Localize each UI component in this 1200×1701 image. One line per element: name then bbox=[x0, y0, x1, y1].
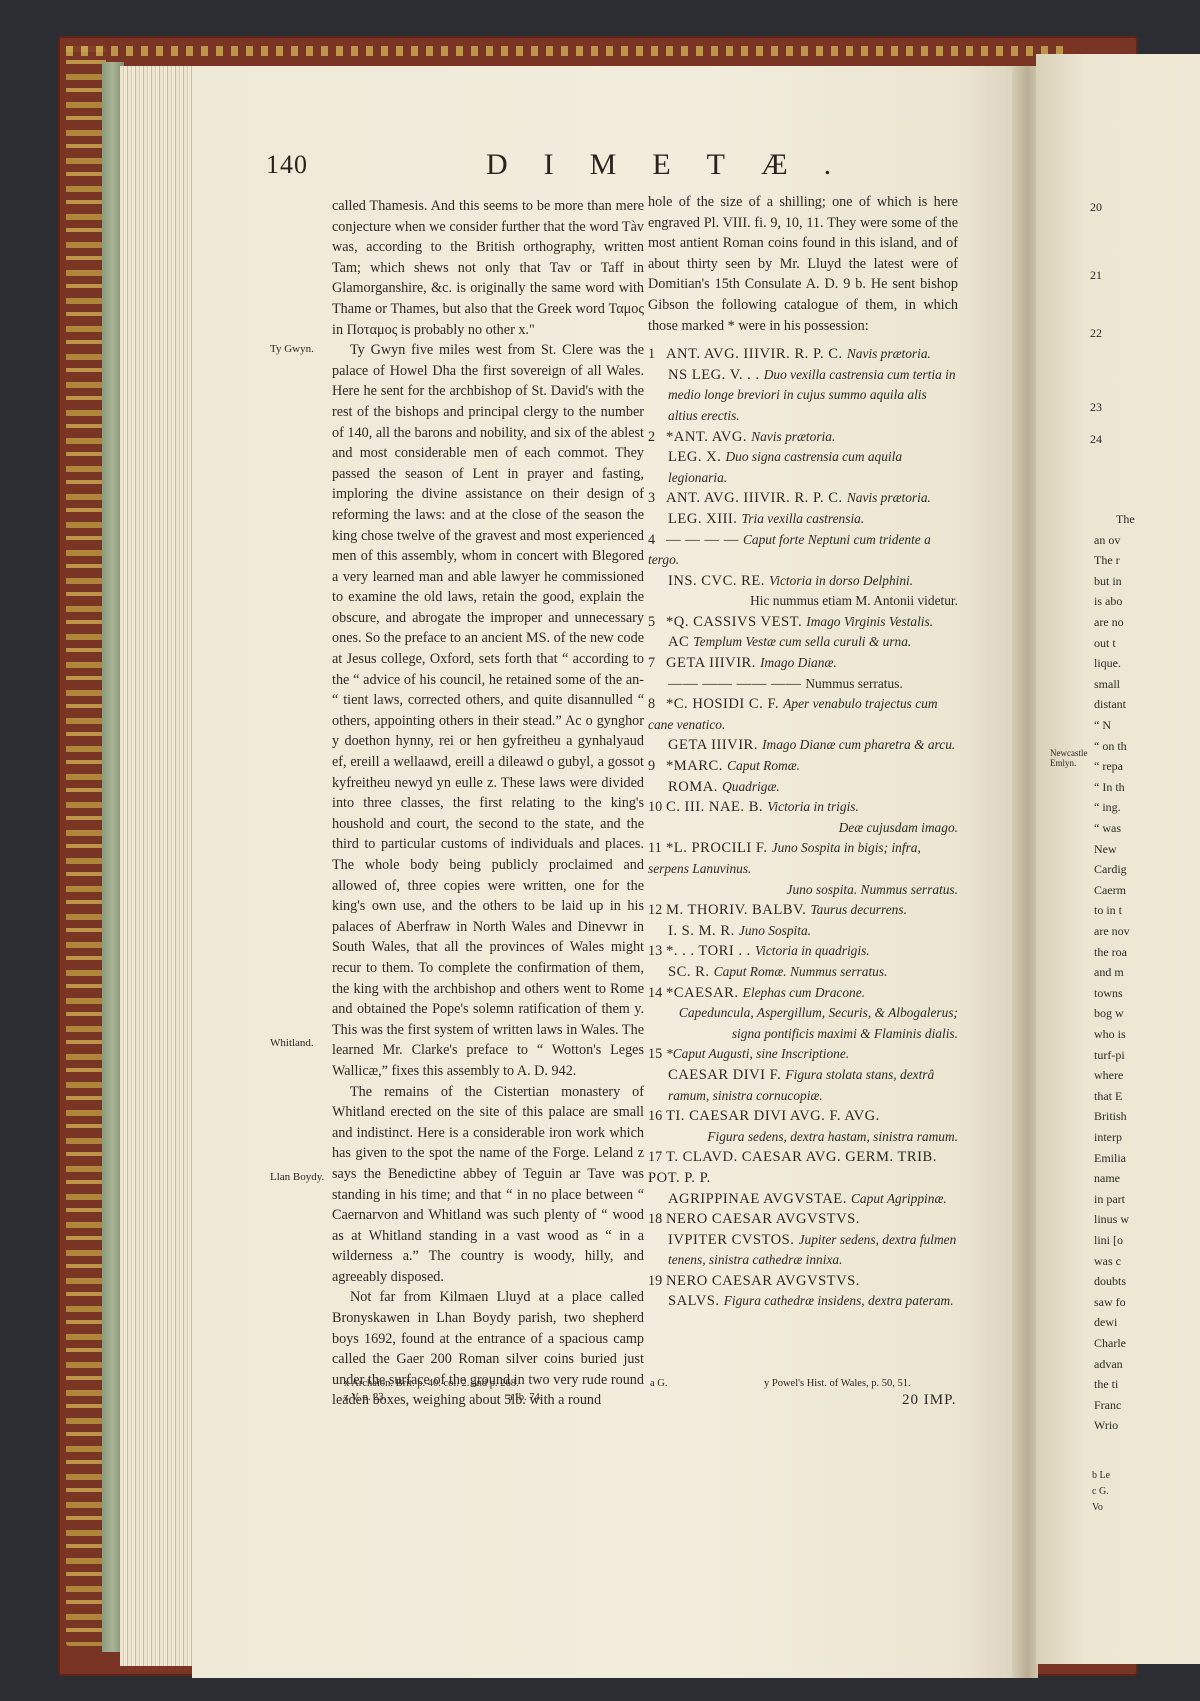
facing-text-line: the roa bbox=[1094, 945, 1127, 960]
facing-text-line: turf-pi bbox=[1094, 1048, 1125, 1063]
catalogue-entry: 11*L. PROCILI F. Juno Sospita in bigis; … bbox=[648, 838, 958, 879]
coin-description: Figura cathedræ insidens, dextra pateram… bbox=[724, 1293, 954, 1308]
catalogue-entry: 8*C. HOSIDI C. F. Aper venabulo trajectu… bbox=[648, 694, 958, 735]
entry-number: 9 bbox=[648, 756, 666, 777]
gutter bbox=[1012, 66, 1038, 1678]
catalogue-entry: Figura sedens, dextra hastam, sinistra r… bbox=[648, 1127, 958, 1148]
entry-number: 19 bbox=[648, 1271, 666, 1292]
facing-text-line: but in bbox=[1094, 574, 1122, 589]
coin-legend: AC bbox=[668, 634, 693, 650]
facing-text-line: are no bbox=[1094, 615, 1124, 630]
catalogue-intro: hole of the size of a shilling; one of w… bbox=[648, 192, 958, 336]
facing-text-line: “ was bbox=[1094, 821, 1121, 836]
coin-legend: INS. CVC. RE. bbox=[668, 573, 769, 589]
facing-text-line: to in t bbox=[1094, 903, 1122, 918]
catalogue-entry: LEG. X. Duo signa castrensia cum aquila … bbox=[648, 447, 958, 488]
entry-number: 2 bbox=[648, 427, 666, 448]
coin-description: Imago Virginis Vestalis. bbox=[806, 614, 933, 629]
footnote-z: z V. p. 23. bbox=[344, 1392, 386, 1403]
coin-legend: T. CLAVD. CAESAR AVG. GERM. TRIB. POT. P… bbox=[648, 1149, 937, 1186]
facing-text-line: “ repa bbox=[1094, 759, 1123, 774]
facing-text-line: lini [o bbox=[1094, 1233, 1123, 1248]
coin-legend: CAESAR DIVI F. bbox=[668, 1067, 785, 1083]
footnote-y: y Powel's Hist. of Wales, p. 50, 51. bbox=[764, 1378, 911, 1389]
coin-legend: SALVS. bbox=[668, 1293, 724, 1309]
facing-text-line: where bbox=[1094, 1068, 1123, 1083]
coin-description: Quadrigæ. bbox=[722, 779, 780, 794]
facing-footnote: b Le bbox=[1092, 1470, 1110, 1481]
coin-description: Tria vexilla castrensia. bbox=[742, 511, 865, 526]
coin-catalogue: 1ANT. AVG. IIIVIR. R. P. C. Navis prætor… bbox=[648, 344, 958, 1312]
coin-legend: AGRIPPINAE AVGVSTAE. bbox=[668, 1191, 851, 1207]
coin-description: Elephas cum Dracone. bbox=[743, 985, 865, 1000]
coin-legend: GETA IIIVIR. bbox=[668, 737, 762, 753]
coin-description: Caput Agrippinæ. bbox=[851, 1191, 947, 1206]
coin-description: Hic nummus etiam M. Antonii videtur. bbox=[750, 593, 958, 608]
entry-number: 13 bbox=[648, 941, 666, 962]
catalogue-entry: 17T. CLAVD. CAESAR AVG. GERM. TRIB. POT.… bbox=[648, 1147, 958, 1188]
entry-number: 10 bbox=[648, 797, 666, 818]
facing-text-line: The bbox=[1116, 512, 1135, 527]
catalogue-entry: Hic nummus etiam M. Antonii videtur. bbox=[648, 591, 958, 612]
paragraph-whitland: The remains of the Cistertian monastery … bbox=[332, 1082, 644, 1288]
page-number: 140 bbox=[266, 150, 308, 180]
coin-legend: IVPITER CVSTOS. bbox=[668, 1232, 799, 1248]
entry-number: 8 bbox=[648, 694, 666, 715]
facing-text-line: in part bbox=[1094, 1192, 1125, 1207]
entry-number: 1 bbox=[648, 344, 666, 365]
coin-description: Navis prætoria. bbox=[751, 429, 835, 444]
facing-text-line: lique. bbox=[1094, 656, 1121, 671]
coin-description: Victoria in dorso Delphini. bbox=[769, 573, 913, 588]
catalogue-entry: 5*Q. CASSIVS VEST. Imago Virginis Vestal… bbox=[648, 612, 958, 633]
catalogue-entry: 4— — — — Caput forte Neptuni cum trident… bbox=[648, 530, 958, 571]
coin-description: Navis prætoria. bbox=[847, 490, 931, 505]
facing-text-line: was c bbox=[1094, 1254, 1121, 1269]
facing-text-line: the ti bbox=[1094, 1377, 1118, 1392]
coin-legend: I. S. M. R. bbox=[668, 923, 739, 939]
facing-text-line: linus w bbox=[1094, 1212, 1129, 1227]
coin-legend: ANT. AVG. IIIVIR. R. P. C. bbox=[666, 490, 847, 506]
coin-legend: TI. CAESAR DIVI AVG. F. AVG. bbox=[666, 1108, 880, 1124]
facing-text-line: “ ing. bbox=[1094, 800, 1121, 815]
facing-text-line: interp bbox=[1094, 1130, 1122, 1145]
entry-number: 17 bbox=[648, 1147, 666, 1168]
coin-description: Capeduncula, Aspergillum, Securis, & Alb… bbox=[679, 1005, 958, 1041]
facing-text-line: an ov bbox=[1094, 533, 1120, 548]
facing-sidenote: Newcastle Emlyn. bbox=[1050, 748, 1086, 768]
facing-text-line: towns bbox=[1094, 986, 1123, 1001]
catalogue-entry: 1ANT. AVG. IIIVIR. R. P. C. Navis prætor… bbox=[648, 344, 958, 365]
entry-number: 15 bbox=[648, 1044, 666, 1065]
facing-text-line: Franc bbox=[1094, 1398, 1121, 1413]
catalogue-entry: 19NERO CAESAR AVGVSTVS. bbox=[648, 1271, 958, 1292]
coin-legend: ROMA. bbox=[668, 779, 722, 795]
facing-text-line: “ on th bbox=[1094, 739, 1127, 754]
facing-text-line: and m bbox=[1094, 965, 1124, 980]
coin-legend: *. . . TORI . . bbox=[666, 943, 755, 959]
coin-description: Templum Vestæ cum sella curuli & urna. bbox=[693, 634, 911, 649]
coin-legend: SC. R. bbox=[668, 964, 714, 980]
facing-text-line: is abo bbox=[1094, 594, 1122, 609]
coin-legend: ANT. AVG. IIIVIR. R. P. C. bbox=[666, 346, 847, 362]
catalogue-entry: IVPITER CVSTOS. Jupiter sedens, dextra f… bbox=[648, 1230, 958, 1271]
entry-number: 5 bbox=[648, 612, 666, 633]
coin-description: Caput Romæ. Nummus serratus. bbox=[714, 964, 888, 979]
catalogue-entry: —— —— —— —— Nummus serratus. bbox=[648, 674, 958, 695]
catalogue-entry: 14*CAESAR. Elephas cum Dracone. bbox=[648, 983, 958, 1004]
catalogue-entry: AGRIPPINAE AVGVSTAE. Caput Agrippinæ. bbox=[648, 1189, 958, 1210]
facing-entry-number: 21 bbox=[1090, 268, 1102, 283]
entry-number: 7 bbox=[648, 653, 666, 674]
coin-legend: *ANT. AVG. bbox=[666, 429, 751, 445]
catalogue-entry: SALVS. Figura cathedræ insidens, dextra … bbox=[648, 1291, 958, 1312]
sidenote-ty-gwyn: Ty Gwyn. bbox=[270, 343, 314, 355]
catalogue-entry: LEG. XIII. Tria vexilla castrensia. bbox=[648, 509, 958, 530]
footnote-x: x Archaion. Brit. p. 40. col. 2. and p. … bbox=[344, 1378, 519, 1389]
facing-text-line: saw fo bbox=[1094, 1295, 1126, 1310]
coin-legend: *CAESAR. bbox=[666, 985, 743, 1001]
entry-number: 4 bbox=[648, 530, 666, 551]
catalogue-entry: I. S. M. R. Juno Sospita. bbox=[648, 921, 958, 942]
coin-description: *Caput Augusti, sine Inscriptione. bbox=[666, 1046, 849, 1061]
facing-text-line: are nov bbox=[1094, 924, 1130, 939]
facing-text-line: British bbox=[1094, 1109, 1127, 1124]
facing-footnote: Vo bbox=[1092, 1502, 1103, 1513]
catalogue-entry: 13*. . . TORI . . Victoria in quadrigis. bbox=[648, 941, 958, 962]
footnote-g: a G. bbox=[650, 1378, 668, 1389]
catalogue-entry: 16TI. CAESAR DIVI AVG. F. AVG. bbox=[648, 1106, 958, 1127]
catalogue-entry: 10C. III. NAE. B. Victoria in trigis. bbox=[648, 797, 958, 818]
footnote-a: a Ib. 74. bbox=[508, 1392, 542, 1403]
coin-legend: LEG. X. bbox=[668, 449, 726, 465]
coin-description: Imago Dianæ. bbox=[760, 655, 837, 670]
entry-number: 18 bbox=[648, 1209, 666, 1230]
catalogue-entry: Deæ cujusdam imago. bbox=[648, 818, 958, 839]
gilt-tooling-border bbox=[66, 46, 106, 1646]
coin-description: Figura sedens, dextra hastam, sinistra r… bbox=[707, 1129, 958, 1144]
catalogue-entry: NS LEG. V. . . Duo vexilla castrensia cu… bbox=[648, 365, 958, 427]
facing-text-line: dewi bbox=[1094, 1315, 1117, 1330]
facing-text-line: Caerm bbox=[1094, 883, 1126, 898]
facing-text-line: New bbox=[1094, 842, 1117, 857]
entry-number: 16 bbox=[648, 1106, 666, 1127]
sidenote-whitland: Whitland. bbox=[270, 1037, 314, 1049]
catalogue-entry: 9*MARC. Caput Romæ. bbox=[648, 756, 958, 777]
coin-description: Deæ cujusdam imago. bbox=[839, 820, 958, 835]
facing-text-line: doubts bbox=[1094, 1274, 1126, 1289]
coin-legend: M. THORIV. BALBV. bbox=[666, 902, 810, 918]
facing-text-line: small bbox=[1094, 677, 1120, 692]
entry-number: 14 bbox=[648, 983, 666, 1004]
entry-number: 12 bbox=[648, 900, 666, 921]
right-column: hole of the size of a shilling; one of w… bbox=[648, 192, 958, 1312]
facing-text-line: The r bbox=[1094, 553, 1120, 568]
catalogue-entry: INS. CVC. RE. Victoria in dorso Delphini… bbox=[648, 571, 958, 592]
coin-legend: NERO CAESAR AVGVSTVS. bbox=[666, 1211, 860, 1227]
coin-legend: GETA IIIVIR. bbox=[666, 655, 760, 671]
facing-entry-number: 24 bbox=[1090, 432, 1102, 447]
page-edges bbox=[120, 66, 194, 1666]
catalogue-entry: 3ANT. AVG. IIIVIR. R. P. C. Navis prætor… bbox=[648, 488, 958, 509]
coin-legend: C. III. NAE. B. bbox=[666, 799, 767, 815]
coin-legend: — — — — bbox=[666, 532, 743, 548]
facing-text-line: distant bbox=[1094, 697, 1126, 712]
facing-text-line: advan bbox=[1094, 1357, 1123, 1372]
facing-entry-number: 20 bbox=[1090, 200, 1102, 215]
sidenote-llan-boydy: Llan Boydy. bbox=[270, 1171, 324, 1183]
facing-text-line: “ In th bbox=[1094, 780, 1125, 795]
coin-legend: *MARC. bbox=[666, 758, 727, 774]
catalogue-entry: 2*ANT. AVG. Navis prætoria. bbox=[648, 427, 958, 448]
running-title: DIMETÆ. bbox=[486, 148, 867, 182]
facing-text-line: Wrio bbox=[1094, 1418, 1118, 1433]
coin-description: Victoria in trigis. bbox=[767, 799, 859, 814]
catchword: 20 IMP. bbox=[902, 1392, 957, 1409]
catalogue-entry: Capeduncula, Aspergillum, Securis, & Alb… bbox=[648, 1003, 958, 1044]
left-column: called Thamesis. And this seems to be mo… bbox=[332, 196, 644, 1411]
catalogue-entry: 12M. THORIV. BALBV. Taurus decurrens. bbox=[648, 900, 958, 921]
facing-text-line: “ N bbox=[1094, 718, 1111, 733]
facing-text-line: that E bbox=[1094, 1089, 1122, 1104]
paragraph-thamesis: called Thamesis. And this seems to be mo… bbox=[332, 196, 644, 340]
catalogue-entry: ROMA. Quadrigæ. bbox=[648, 777, 958, 798]
coin-description: Juno Sospita. bbox=[739, 923, 811, 938]
coin-legend: —— —— —— —— bbox=[668, 676, 805, 692]
facing-text-line: who is bbox=[1094, 1027, 1126, 1042]
entry-number: 3 bbox=[648, 488, 666, 509]
coin-description: Nummus serratus. bbox=[805, 676, 902, 691]
facing-footnote: c G. bbox=[1092, 1486, 1109, 1497]
catalogue-entry: 15*Caput Augusti, sine Inscriptione. bbox=[648, 1044, 958, 1065]
entry-number: 11 bbox=[648, 838, 666, 859]
coin-description: Juno sospita. Nummus serratus. bbox=[787, 882, 959, 897]
catalogue-entry: CAESAR DIVI F. Figura stolata stans, dex… bbox=[648, 1065, 958, 1106]
catalogue-entry: 7GETA IIIVIR. Imago Dianæ. bbox=[648, 653, 958, 674]
facing-page: 2021222324Thean ovThe rbut inis aboare n… bbox=[1036, 54, 1200, 1664]
facing-text-line: name bbox=[1094, 1171, 1120, 1186]
facing-text-line: Emilia bbox=[1094, 1151, 1126, 1166]
coin-description: Imago Dianæ cum pharetra & arcu. bbox=[762, 737, 955, 752]
coin-legend: LEG. XIII. bbox=[668, 511, 742, 527]
catalogue-entry: SC. R. Caput Romæ. Nummus serratus. bbox=[648, 962, 958, 983]
catalogue-entry: AC Templum Vestæ cum sella curuli & urna… bbox=[648, 632, 958, 653]
catalogue-entry: 18NERO CAESAR AVGVSTVS. bbox=[648, 1209, 958, 1230]
catalogue-entry: GETA IIIVIR. Imago Dianæ cum pharetra & … bbox=[648, 735, 958, 756]
coin-legend: NERO CAESAR AVGVSTVS. bbox=[666, 1273, 860, 1289]
facing-entry-number: 22 bbox=[1090, 326, 1102, 341]
gilt-tooling-top bbox=[66, 46, 1066, 56]
coin-legend: *Q. CASSIVS VEST. bbox=[666, 614, 806, 630]
coin-legend: NS LEG. V. . . bbox=[668, 367, 764, 383]
facing-text-line: Cardig bbox=[1094, 862, 1127, 877]
facing-entry-number: 23 bbox=[1090, 400, 1102, 415]
coin-legend: *C. HOSIDI C. F. bbox=[666, 696, 783, 712]
facing-text-line: Charle bbox=[1094, 1336, 1126, 1351]
coin-legend: *L. PROCILI F. bbox=[666, 840, 772, 856]
facing-text-line: out t bbox=[1094, 636, 1116, 651]
paragraph-ty-gwyn: Ty Gwyn five miles west from St. Clere w… bbox=[332, 340, 644, 1081]
coin-description: Caput Romæ. bbox=[727, 758, 800, 773]
facing-text-line: bog w bbox=[1094, 1006, 1124, 1021]
coin-description: Victoria in quadrigis. bbox=[755, 943, 870, 958]
catalogue-entry: Juno sospita. Nummus serratus. bbox=[648, 880, 958, 901]
coin-description: Taurus decurrens. bbox=[810, 902, 906, 917]
coin-description: Navis prætoria. bbox=[847, 346, 931, 361]
